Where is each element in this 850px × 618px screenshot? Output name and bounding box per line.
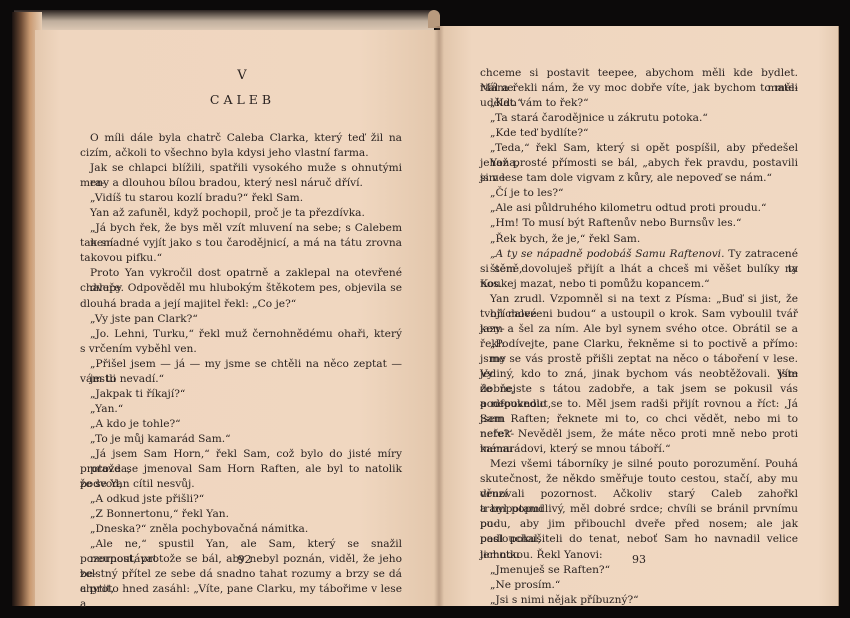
text-line: „Ale asi půldruhého kilometru odtud prot… [480, 201, 798, 216]
text-line: „Kdo vám to řek?“ [480, 96, 798, 111]
text-line: „Teda,“ řekl Sam, který si opět pospíšil… [480, 141, 798, 156]
text-line: kem a šel za ním. Ale byl synem svého ot… [480, 322, 798, 337]
text-line: Proto Yan vykročil dost opatrně a zaklep… [80, 266, 402, 281]
text-line: kamarádovi, který se mnou táboří.“ [480, 442, 798, 457]
italic-text: „A ty se nápadně podobáš Samu Raftenovi. [490, 248, 724, 260]
text-line: O míli dále byla chatrč Caleba Clarka, k… [80, 131, 402, 146]
text-line: cizím, ačkoli to všechno byla kdysi jeho… [80, 146, 402, 161]
text-line: Koukej mazat, nebo ti pomůžu kopancem.“ [480, 277, 798, 292]
text-line: „Podívejte, pane Clarku, řekněme si to p… [480, 337, 798, 352]
text-line: tvoji nalezeni budou“ a ustoupil o krok.… [480, 307, 798, 322]
text-line: „Jakpak ti říkají?“ [80, 387, 402, 402]
right-page-body-text: chceme si postavit teepee, abychom měli … [480, 66, 798, 608]
text-line: skutečnost, že někdo směřuje touto cesto… [480, 472, 798, 487]
text-line: takovou pifku.“ [80, 251, 402, 266]
page-number-right: 93 [440, 553, 838, 566]
text-line: „A kdo je tohle?“ [80, 417, 402, 432]
text-line: „Čí je to les?“ [480, 186, 798, 201]
text-line: „Yan.“ [80, 402, 402, 417]
text-line: „Hm! To musí být Raftenův nebo Burnsův l… [480, 216, 798, 231]
left-page: V CALEB O míli dále byla chatrč Caleba C… [35, 30, 440, 606]
text-line: Yan zrudl. Vzpomněl si na text z Písma: … [480, 292, 798, 307]
text-line: že se Yan cítil nesvůj. [80, 477, 402, 492]
text-line: „Ne prosím.“ [480, 578, 798, 593]
text-line: „Řek bych, že je,“ řekl Sam. [480, 232, 798, 247]
text-line: „Dneska?“ zněla pochybovačná námitka. [80, 522, 402, 537]
text-line: zelstný přítel ze sebe dá snadno tahat r… [80, 567, 402, 582]
text-line: dlouhá brada a její majitel řekl: „Co je… [80, 297, 402, 312]
text-line: jediný, kdo to zná, jinak bychom vás neo… [480, 367, 798, 382]
text-line: Yan až zafuněl, když pochopil, proč je t… [80, 206, 402, 221]
text-line: vám to nevadí.“ [80, 372, 402, 387]
text-line: a nepovedlo se to. Měl jsem radši přijít… [480, 397, 798, 412]
text-line: „A odkud jste přišli?“ [80, 492, 402, 507]
text-line: věnovali pozornost. Ačkoliv starý Caleb … [480, 487, 798, 502]
text-line: „Jo. Lehni, Turku,“ řekl muž černohnědém… [80, 327, 402, 342]
text-line: „Jsi s nimi nějak příbuzný?“ [480, 593, 798, 608]
text-line: protože se jmenoval Sam Horn Raften, ale… [80, 462, 402, 477]
text-line: Sam Raften; řeknete mi to, co chci vědět… [480, 412, 798, 427]
chapter-title: CALEB [35, 92, 440, 107]
text-line: padl pokušiteli do tenat, neboť Sam ho n… [480, 532, 798, 547]
chapter-number: V [35, 68, 440, 83]
text-line: Jak se chlapci blížili, spatřili vysokéh… [80, 161, 402, 176]
text-line: „Já bych řek, že bys měl vzít mluvení na… [80, 221, 402, 236]
text-line: „Vy jste pan Clark?“ [80, 312, 402, 327]
text-line: „To je můj kamarád Sam.“ [80, 432, 402, 447]
text-line: že nejste s tátou zadobře, a tak jsem se… [480, 382, 798, 397]
text-line: „Vidíš tu starou kozlí bradu?“ řekl Sam. [80, 191, 402, 206]
text-line: a proto hned zasáhl: „Víte, pane Clarku,… [80, 582, 402, 597]
text-line: nete?‘ Nevěděl jsem, že máte něco proti … [480, 427, 798, 442]
text-line: „A ty se nápadně podobáš Samu Raftenovi.… [480, 247, 798, 262]
page-number-left: 92 [35, 553, 440, 566]
text-line: jsme se vás prostě přišli zeptat na něco… [480, 352, 798, 367]
text-line: chalupy. Odpověděl mu hlubokým štěkotem … [80, 281, 402, 296]
text-line: chceme si postavit teepee, abychom měli … [480, 66, 798, 81]
right-page: chceme si postavit teepee, abychom měli … [440, 26, 839, 606]
text-line: „Z Bonnertonu,“ řekl Yan. [80, 507, 402, 522]
text-line: „Ale ne,“ spustil Yan, ale Sam, který se… [80, 537, 402, 552]
text-line: pudu, aby jim přibouchl dveře před nosem… [480, 517, 798, 532]
text-line: „Kde teď bydlíte?“ [480, 126, 798, 141]
text-line: riál a řekli nám, že vy moc dobře víte, … [480, 81, 798, 96]
text-line: s vrčením vyběhl ven. [80, 342, 402, 357]
book-spine-gutter [434, 26, 444, 606]
text-line: Mezi všemi táborníky je silné pouto poro… [480, 457, 798, 472]
text-line: a byl popudlivý, měl dobré srdce; chvíli… [480, 502, 798, 517]
text-line: „Ta stará čarodějnice u zákrutu potoka.“ [480, 111, 798, 126]
text-line: si sem dovoluješ přijít a lhát a chceš m… [480, 262, 798, 277]
text-line: meny a dlouhou bílou bradou, který nesl … [80, 176, 402, 191]
book-cover-top-edge [14, 10, 434, 32]
left-page-body-text: O míli dále byla chatrč Caleba Clarka, k… [80, 131, 402, 597]
text-line: jehož prosté přímosti se bál, „abych řek… [480, 156, 798, 171]
text-line: „Já jsem Sam Horn,“ řekl Sam, což bylo d… [80, 447, 402, 462]
text-line: si v lese tam dole vigvam z kůry, ale ne… [480, 171, 798, 186]
text-line: „Přišel jsem — já — my jsme se chtěli na… [80, 357, 402, 372]
text-line: tak snadné vyjít jako s tou čarodějnicí,… [80, 236, 402, 251]
